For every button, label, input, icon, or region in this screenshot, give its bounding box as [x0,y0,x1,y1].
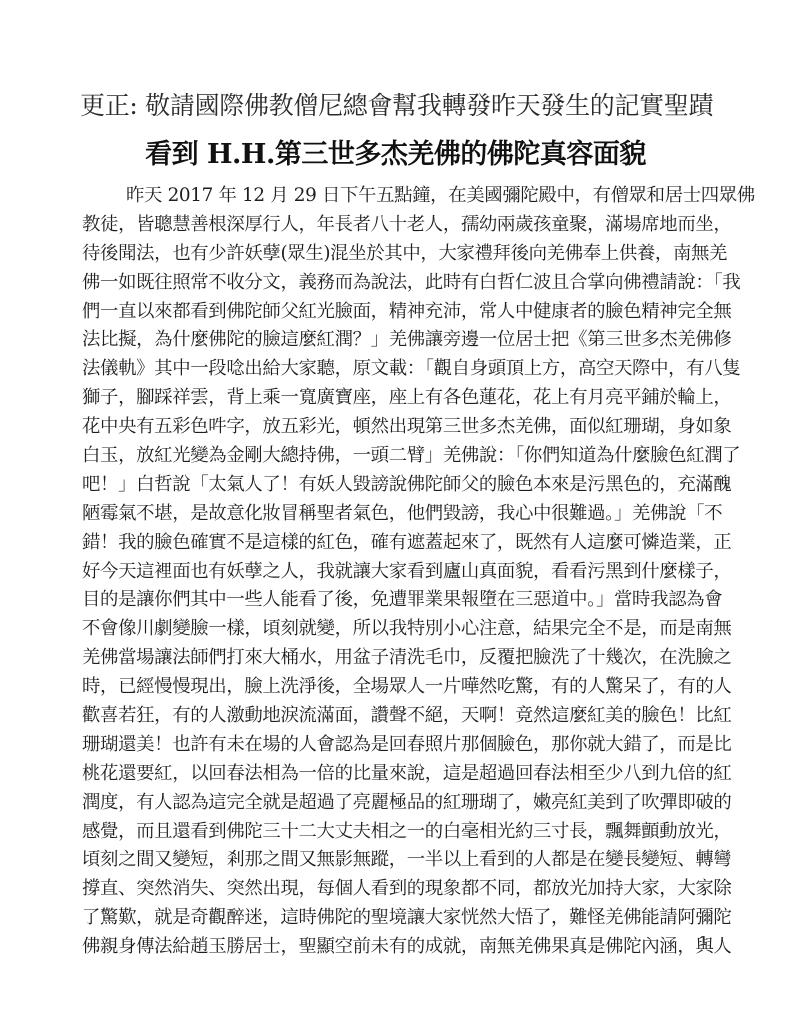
text-line: 法儀軌》其中一段唸出給大家聽，原文載：「觀自身頭頂上方，高空天際中，有八隻 [82,355,742,384]
text-line: 吧！」白哲說「太氣人了！有妖人毀謗說佛陀師父的臉色本來是污黑色的，充滿醜 [82,471,742,500]
text-line: 好今天這裡面也有妖孽之人，我就讓大家看到廬山真面貌，看看污黑到什麼樣子， [82,558,742,587]
text-line: 陋霉氣不堪，是故意化妝冒稱聖者氣色，他們毀謗，我心中很難過。」羌佛說「不 [82,500,742,529]
text-line: 錯！我的臉色確實不是這樣的紅色，確有遮蓋起來了，既然有人這麼可憐造業，正 [82,529,742,558]
text-line: 待後聞法，也有少許妖孽(眾生)混坐於其中，大家禮拜後向羌佛奉上供養，南無羌 [82,240,742,269]
body-paragraph: 昨天 2017 年 12 月 29 日下午五點鐘，在美國彌陀殿中，有僧眾和居士四… [82,182,742,962]
page-number: 1 [700,934,708,948]
text-line: 感覺，而且還看到佛陀三十二大丈夫相之一的白毫相光約三寸長，飄舞顫動放光， [82,818,742,847]
document-subtitle: 更正: 敬請國際佛教僧尼總會幫我轉發昨天發生的記實聖蹟 [80,86,760,122]
text-line: 時，已經慢慢現出，臉上洗淨後，全場眾人一片嘩然吃驚，有的人驚呆了，有的人 [82,673,742,702]
text-line: 歡喜若狂，有的人激動地淚流滿面，讚聲不絕，天啊！竟然這麼紅美的臉色！比紅 [82,702,742,731]
text-line: 佛親身傳法給趙玉勝居士，聖顯空前未有的成就，南無羌佛果真是佛陀內涵，與人 [82,933,742,962]
text-line: 了驚歎，就是奇觀醉迷，這時佛陀的聖境讓大家恍然大悟了，難怪羌佛能請阿彌陀 [82,904,742,933]
text-line: 桃花還要紅，以回春法相為一倍的比量來說，這是超過回春法相至少八到九倍的紅 [82,760,742,789]
text-line: 們一直以來都看到佛陀師父紅光臉面，精神充沛，常人中健康者的臉色精神完全無 [82,298,742,327]
text-line: 撐直、突然消失、突然出現，每個人看到的現象都不同，都放光加持大家，大家除 [82,875,742,904]
text-line: 白玉，放紅光變為金剛大總持佛，一頭二臂」羌佛說：「你們知道為什麼臉色紅潤了 [82,442,742,471]
text-line: 昨天 2017 年 12 月 29 日下午五點鐘，在美國彌陀殿中，有僧眾和居士四… [82,182,742,211]
document-title: 看到 H.H.第三世多杰羌佛的佛陀真容面貌 [0,132,791,171]
text-line: 頃刻之間又變短，剎那之間又無影無蹤，一半以上看到的人都是在變長變短、轉彎 [82,846,742,875]
text-line: 教徒，皆聰慧善根深厚行人，年長者八十老人，孺幼兩歲孩童聚，滿場席地而坐， [82,211,742,240]
text-line: 不會像川劇變臉一樣，頃刻就變，所以我特別小心注意，結果完全不是，而是南無 [82,615,742,644]
text-line: 獅子，腳踩祥雲，背上乘一寬廣寶座，座上有各色蓮花，花上有月亮平鋪於輪上， [82,384,742,413]
document-page: 更正: 敬請國際佛教僧尼總會幫我轉發昨天發生的記實聖蹟 看到 H.H.第三世多杰… [0,0,791,1024]
text-line: 珊瑚還美！也許有未在場的人會認為是回春照片那個臉色，那你就大錯了，而是比 [82,731,742,760]
text-line: 潤度，有人認為這完全就是超過了亮麗極品的紅珊瑚了，嫩亮紅美到了吹彈即破的 [82,789,742,818]
text-line: 佛一如既往照常不收分文，義務而為說法，此時有白哲仁波且合掌向佛禮請說：「我 [82,269,742,298]
text-line: 花中央有五彩色吽字，放五彩光，頓然出現第三世多杰羌佛，面似紅珊瑚，身如象 [82,413,742,442]
text-line: 目的是讓你們其中一些人能看了後，免遭罪業果報墮在三惡道中。」當時我認為會 [82,586,742,615]
text-line: 羌佛當場讓法師們打來大桶水，用盆子清洗毛巾，反覆把臉洗了十幾次，在洗臉之 [82,644,742,673]
text-line: 法比擬，為什麼佛陀的臉這麼紅潤？」羌佛讓旁邊一位居士把《第三世多杰羌佛修 [82,326,742,355]
